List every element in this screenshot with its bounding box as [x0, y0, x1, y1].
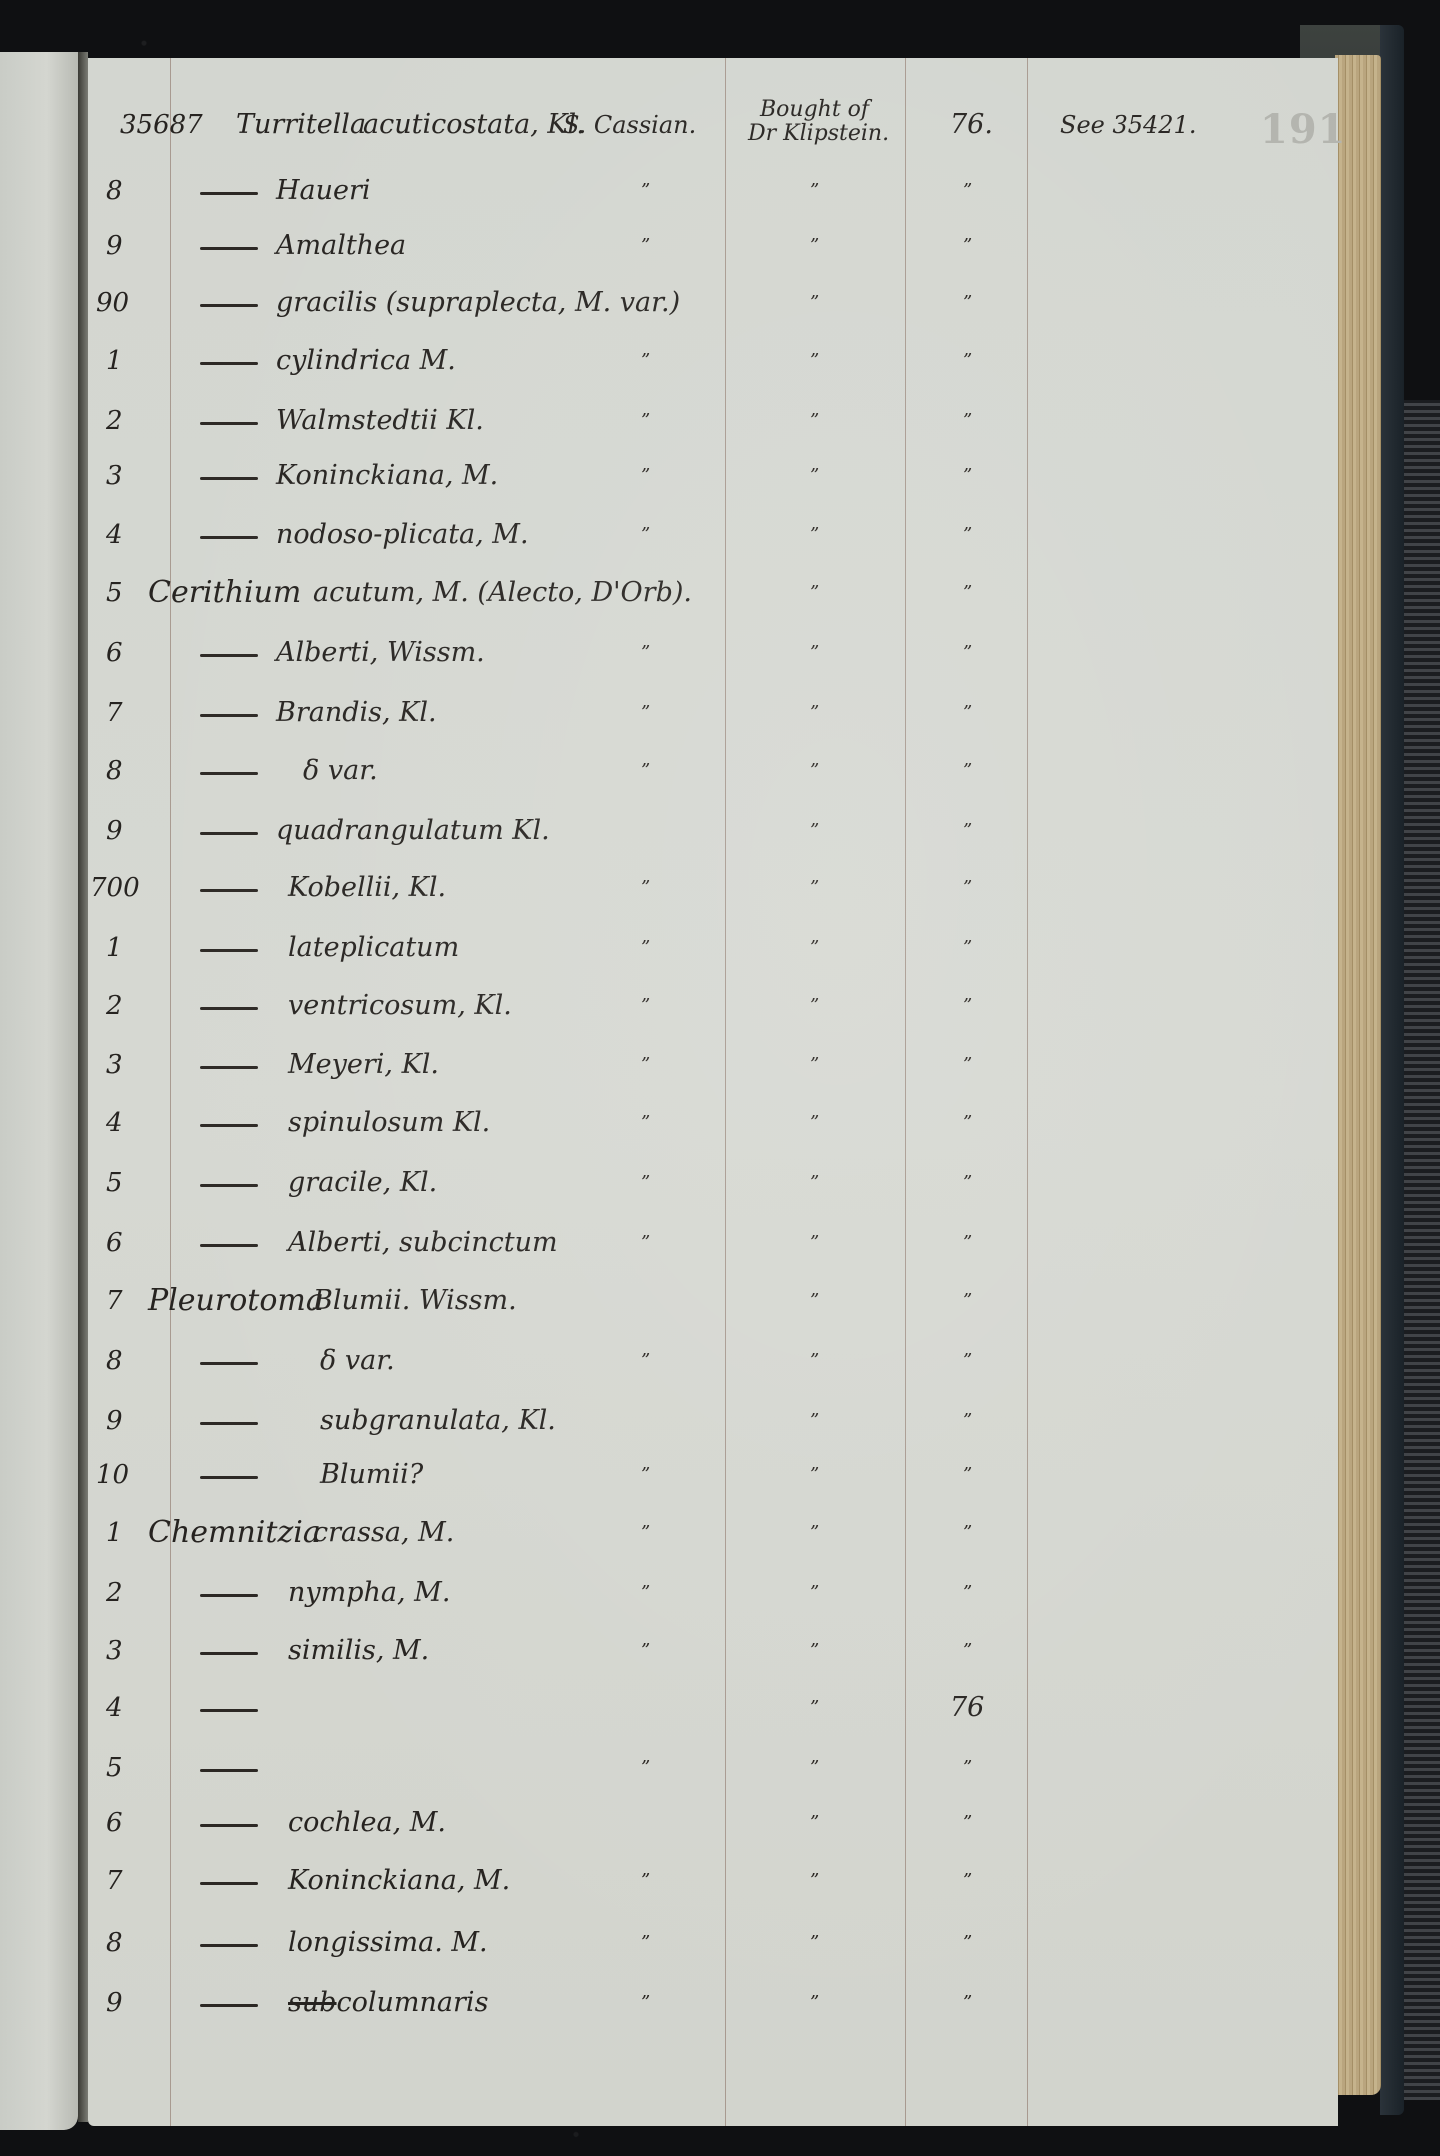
ditto-mark-acquisition: ” [810, 1158, 819, 1208]
ditto-dash [200, 1769, 258, 1772]
ditto-mark-year: ” [963, 746, 972, 796]
ditto-mark-locality: ” [641, 510, 650, 560]
ditto-mark-locality: ” [641, 1040, 650, 1090]
register-entry: 8Haueri””” [88, 166, 1338, 216]
ditto-mark-year: ” [963, 396, 972, 446]
species-name: δ var. [303, 746, 378, 796]
species-name: quadrangulatum Kl. [276, 806, 550, 856]
ditto-mark-year: ” [963, 1450, 972, 1500]
ditto-dash [200, 1422, 258, 1425]
ditto-mark-acquisition: ” [810, 981, 819, 1031]
ditto-mark-locality: ” [641, 1743, 650, 1793]
ditto-mark-locality: ” [641, 923, 650, 973]
ditto-mark-acquisition: ” [810, 1568, 819, 1618]
register-number: 8 [106, 746, 123, 796]
ditto-dash [200, 714, 258, 717]
register-number: 5 [106, 1158, 123, 1208]
ditto-dash [200, 362, 258, 365]
ditto-dash [200, 1244, 258, 1247]
ditto-dash [200, 1476, 258, 1479]
ditto-mark-locality: ” [641, 1098, 650, 1148]
ditto-mark-locality: ” [641, 746, 650, 796]
page-edges [1335, 55, 1381, 2095]
ditto-dash [200, 949, 258, 952]
ditto-mark-acquisition: ” [810, 1218, 819, 1268]
ditto-mark-year: ” [963, 628, 972, 678]
register-number: 8 [106, 166, 123, 216]
ditto-mark-acquisition: ” [810, 396, 819, 446]
ditto-mark-acquisition: ” [810, 568, 819, 618]
ditto-mark-year: ” [963, 1918, 972, 1968]
species-name: subcolumnaris [288, 1978, 488, 2028]
register-entry: 7Koninckiana, M.””” [88, 1856, 1338, 1906]
species-name: Alberti, subcinctum [288, 1218, 558, 1268]
register-number: 3 [106, 451, 123, 501]
register-entry: 8δ var.””” [88, 1336, 1338, 1386]
ditto-dash [200, 304, 258, 307]
ditto-mark-locality: ” [641, 1158, 650, 1208]
register-number: 1 [106, 1508, 123, 1558]
ditto-dash [200, 1824, 258, 1827]
genus-name: Chemnitzia [148, 1508, 321, 1558]
register-number: 9 [106, 221, 123, 271]
ditto-mark-acquisition: ” [810, 1856, 819, 1906]
species-name: Blumii. Wissm. [313, 1276, 517, 1326]
ditto-dash [200, 889, 258, 892]
register-entry: 6Alberti, subcinctum””” [88, 1218, 1338, 1268]
species-name: acuticostata, Kl. [363, 100, 585, 150]
genus-name: Turritella [236, 100, 366, 150]
ditto-mark-acquisition: ” [810, 1743, 819, 1793]
ditto-mark-year: ” [963, 1743, 972, 1793]
species-name: longissima. M. [288, 1918, 488, 1968]
ditto-mark-year: ” [963, 221, 972, 271]
ditto-mark-year: ” [963, 1098, 972, 1148]
register-entry: 2Walmstedtii Kl.””” [88, 396, 1338, 446]
ditto-dash [200, 1652, 258, 1655]
ditto-dash [200, 1066, 258, 1069]
register-entry: 4nodoso-plicata, M.””” [88, 510, 1338, 560]
species-name: Kobellii, Kl. [288, 863, 446, 913]
ditto-dash [200, 1944, 258, 1947]
species-name: Koninckiana, M. [288, 1856, 510, 1906]
register-number: 6 [106, 1798, 123, 1848]
species-name: crassa, M. [313, 1508, 454, 1558]
register-number: 6 [106, 1218, 123, 1268]
ditto-mark-year: ” [963, 1396, 972, 1446]
ditto-dash [200, 654, 258, 657]
ditto-mark-acquisition: ” [810, 923, 819, 973]
struck-out-text: sub [288, 1987, 337, 2018]
ditto-mark-locality: ” [641, 1508, 650, 1558]
ditto-mark-acquisition: ” [810, 1336, 819, 1386]
ditto-mark-year: ” [963, 1508, 972, 1558]
ditto-dash [200, 1882, 258, 1885]
ditto-mark-locality: ” [641, 166, 650, 216]
register-entry: 9Amalthea””” [88, 221, 1338, 271]
register-number: 2 [106, 396, 123, 446]
species-name: Haueri [276, 166, 371, 216]
register-number: 8 [106, 1918, 123, 1968]
ditto-mark-acquisition: ” [810, 1276, 819, 1326]
species-name: Koninckiana, M. [276, 451, 498, 501]
ditto-mark-year: ” [963, 1218, 972, 1268]
register-number: 700 [90, 863, 140, 913]
register-entry: 7Brandis, Kl.””” [88, 688, 1338, 738]
species-name: δ var. [320, 1336, 395, 1386]
ditto-mark-acquisition: ” [810, 1683, 819, 1733]
ditto-mark-acquisition: ” [810, 1798, 819, 1848]
ditto-mark-acquisition: ” [810, 336, 819, 386]
register-number: 2 [106, 981, 123, 1031]
ditto-mark-acquisition: ” [810, 1450, 819, 1500]
remarks: See 35421. [1060, 100, 1196, 150]
species-name: lateplicatum [288, 923, 459, 973]
ditto-mark-locality: ” [641, 628, 650, 678]
ditto-mark-locality: ” [641, 336, 650, 386]
ditto-mark-locality: ” [641, 1918, 650, 1968]
species-name: similis, M. [288, 1626, 429, 1676]
species-name: acutum, M. (Alecto, D'Orb). [313, 568, 692, 618]
register-number: 4 [106, 1098, 123, 1148]
species-name: cylindrica M. [276, 336, 456, 386]
register-entry: 5Cerithiumacutum, M. (Alecto, D'Orb).”” [88, 568, 1338, 618]
ditto-mark-locality: ” [641, 221, 650, 271]
ditto-mark-acquisition: ” [810, 510, 819, 560]
book-cover-edge [1380, 25, 1404, 2115]
book-gutter [78, 52, 88, 2122]
register-entry: 7PleurotomaBlumii. Wissm.”” [88, 1276, 1338, 1326]
year: 76 [950, 1683, 984, 1733]
ditto-dash [200, 192, 258, 195]
register-entry: 9subgranulata, Kl.”” [88, 1396, 1338, 1446]
register-number: 9 [106, 806, 123, 856]
acquisition-line-1: Bought of [760, 98, 869, 122]
ditto-mark-year: ” [963, 1978, 972, 2028]
ditto-mark-year: ” [963, 1040, 972, 1090]
ditto-mark-locality: ” [641, 1978, 650, 2028]
ditto-dash [200, 772, 258, 775]
ditto-dash [200, 1709, 258, 1712]
register-number: 7 [106, 688, 123, 738]
species-name: Walmstedtii Kl. [276, 396, 484, 446]
ditto-dash [200, 2004, 258, 2007]
register-entry: 4spinulosum Kl.””” [88, 1098, 1338, 1148]
register-entry: 90gracilis (supraplecta, M. var.)”” [88, 278, 1338, 328]
register-number: 90 [96, 278, 129, 328]
register-number: 10 [96, 1450, 129, 1500]
ditto-mark-year: ” [963, 568, 972, 618]
register-number: 8 [106, 1336, 123, 1386]
ditto-mark-acquisition: ” [810, 1396, 819, 1446]
acquisition-line-2: Dr Klipstein. [748, 122, 889, 146]
ditto-mark-acquisition: ” [810, 451, 819, 501]
register-entry: 6cochlea, M.”” [88, 1798, 1338, 1848]
species-name: gracilis (supraplecta, M. var.) [276, 278, 680, 328]
register-entry: 2nympha, M.””” [88, 1568, 1338, 1618]
register-entry: 2ventricosum, Kl.””” [88, 981, 1338, 1031]
ditto-mark-acquisition: ” [810, 1626, 819, 1676]
ditto-mark-acquisition: ” [810, 806, 819, 856]
ditto-mark-year: ” [963, 863, 972, 913]
species-name: Amalthea [276, 221, 406, 271]
register-number: 4 [106, 510, 123, 560]
ditto-mark-acquisition: ” [810, 688, 819, 738]
ditto-mark-acquisition: ” [810, 863, 819, 913]
ditto-mark-acquisition: ” [810, 278, 819, 328]
cloth-backdrop [1404, 400, 1440, 2100]
ditto-dash [200, 536, 258, 539]
register-number: 2 [106, 1568, 123, 1618]
ditto-dash [200, 422, 258, 425]
ditto-mark-acquisition: ” [810, 1098, 819, 1148]
ditto-mark-year: ” [963, 451, 972, 501]
species-name: Meyeri, Kl. [288, 1040, 439, 1090]
ditto-mark-acquisition: ” [810, 1508, 819, 1558]
species-name: cochlea, M. [288, 1798, 446, 1848]
ditto-mark-year: ” [963, 806, 972, 856]
register-entry: 9quadrangulatum Kl.”” [88, 806, 1338, 856]
register-entry: 700Kobellii, Kl.””” [88, 863, 1338, 913]
ditto-mark-locality: ” [641, 451, 650, 501]
ditto-dash [200, 832, 258, 835]
register-number: 35687 [120, 100, 203, 150]
ditto-dash [200, 1594, 258, 1597]
register-number: 6 [106, 628, 123, 678]
register-number: 1 [106, 923, 123, 973]
ditto-mark-locality: ” [641, 396, 650, 446]
ditto-mark-locality: ” [641, 1626, 650, 1676]
register-entry: 6Alberti, Wissm.””” [88, 628, 1338, 678]
ditto-dash [200, 1184, 258, 1187]
ditto-mark-year: ” [963, 278, 972, 328]
ditto-dash [200, 477, 258, 480]
ditto-mark-year: ” [963, 688, 972, 738]
species-name: Blumii? [320, 1450, 423, 1500]
ditto-mark-year: ” [963, 166, 972, 216]
species-name: spinulosum Kl. [288, 1098, 490, 1148]
species-name: nympha, M. [288, 1568, 450, 1618]
register-number: 3 [106, 1626, 123, 1676]
ditto-mark-locality: ” [641, 1218, 650, 1268]
ditto-mark-year: ” [963, 1626, 972, 1676]
genus-name: Cerithium [148, 568, 301, 618]
ditto-mark-locality: ” [641, 688, 650, 738]
ledger-page: 191 35687 Turritella acuticostata, Kl. S… [88, 58, 1338, 2126]
ditto-mark-year: ” [963, 981, 972, 1031]
register-number: 9 [106, 1396, 123, 1446]
ditto-mark-locality: ” [641, 1336, 650, 1386]
ditto-mark-locality: ” [641, 1450, 650, 1500]
register-number: 5 [106, 1743, 123, 1793]
ditto-dash [200, 1124, 258, 1127]
register-entry: 8δ var.””” [88, 746, 1338, 796]
register-entry: 10Blumii?””” [88, 1450, 1338, 1500]
ditto-mark-acquisition: ” [810, 746, 819, 796]
register-entry: 9subcolumnaris””” [88, 1978, 1338, 2028]
species-name: ventricosum, Kl. [288, 981, 512, 1031]
locality: S. Cassian. [563, 100, 696, 150]
register-entry: 1lateplicatum””” [88, 923, 1338, 973]
ditto-mark-acquisition: ” [810, 1978, 819, 2028]
register-entry: 1cylindrica M.””” [88, 336, 1338, 386]
register-entry: 1Chemnitziacrassa, M.””” [88, 1508, 1338, 1558]
register-number: 7 [106, 1276, 123, 1326]
register-entry: 3Koninckiana, M.””” [88, 451, 1338, 501]
register-number: 4 [106, 1683, 123, 1733]
ditto-mark-year: ” [963, 1798, 972, 1848]
register-number: 7 [106, 1856, 123, 1906]
left-facing-page [0, 52, 78, 2130]
ditto-mark-year: ” [963, 336, 972, 386]
register-entry: 5””” [88, 1743, 1338, 1793]
ditto-mark-acquisition: ” [810, 628, 819, 678]
register-number: 3 [106, 1040, 123, 1090]
ditto-mark-year: ” [963, 1568, 972, 1618]
ditto-mark-acquisition: ” [810, 1040, 819, 1090]
register-entry: 3Meyeri, Kl.””” [88, 1040, 1338, 1090]
ditto-mark-locality: ” [641, 863, 650, 913]
ditto-mark-year: ” [963, 1336, 972, 1386]
ditto-mark-locality: ” [641, 1856, 650, 1906]
genus-name: Pleurotoma [148, 1276, 324, 1326]
register-entry: 5gracile, Kl.””” [88, 1158, 1338, 1208]
species-name: subgranulata, Kl. [320, 1396, 556, 1446]
ditto-mark-year: ” [963, 1158, 972, 1208]
register-entry: 3similis, M.””” [88, 1626, 1338, 1676]
register-entry: 8longissima. M.””” [88, 1918, 1338, 1968]
register-entry: 4”76 [88, 1683, 1338, 1733]
ditto-mark-locality: ” [641, 1568, 650, 1618]
ditto-mark-acquisition: ” [810, 166, 819, 216]
species-name: gracile, Kl. [288, 1158, 437, 1208]
register-number: 1 [106, 336, 123, 386]
ditto-mark-year: ” [963, 923, 972, 973]
ditto-dash [200, 1007, 258, 1010]
species-name: nodoso-plicata, M. [276, 510, 529, 560]
species-name: Alberti, Wissm. [276, 628, 485, 678]
species-name: Brandis, Kl. [276, 688, 437, 738]
ditto-dash [200, 247, 258, 250]
ditto-mark-acquisition: ” [810, 221, 819, 271]
ditto-mark-year: ” [963, 510, 972, 560]
register-entry-first: 35687 Turritella acuticostata, Kl. S. Ca… [88, 100, 1338, 150]
ditto-dash [200, 1362, 258, 1365]
register-number: 5 [106, 568, 123, 618]
register-number: 9 [106, 1978, 123, 2028]
ditto-mark-locality: ” [641, 981, 650, 1031]
ditto-mark-acquisition: ” [810, 1918, 819, 1968]
year: 76. [950, 100, 993, 150]
ditto-mark-year: ” [963, 1856, 972, 1906]
ditto-mark-year: ” [963, 1276, 972, 1326]
